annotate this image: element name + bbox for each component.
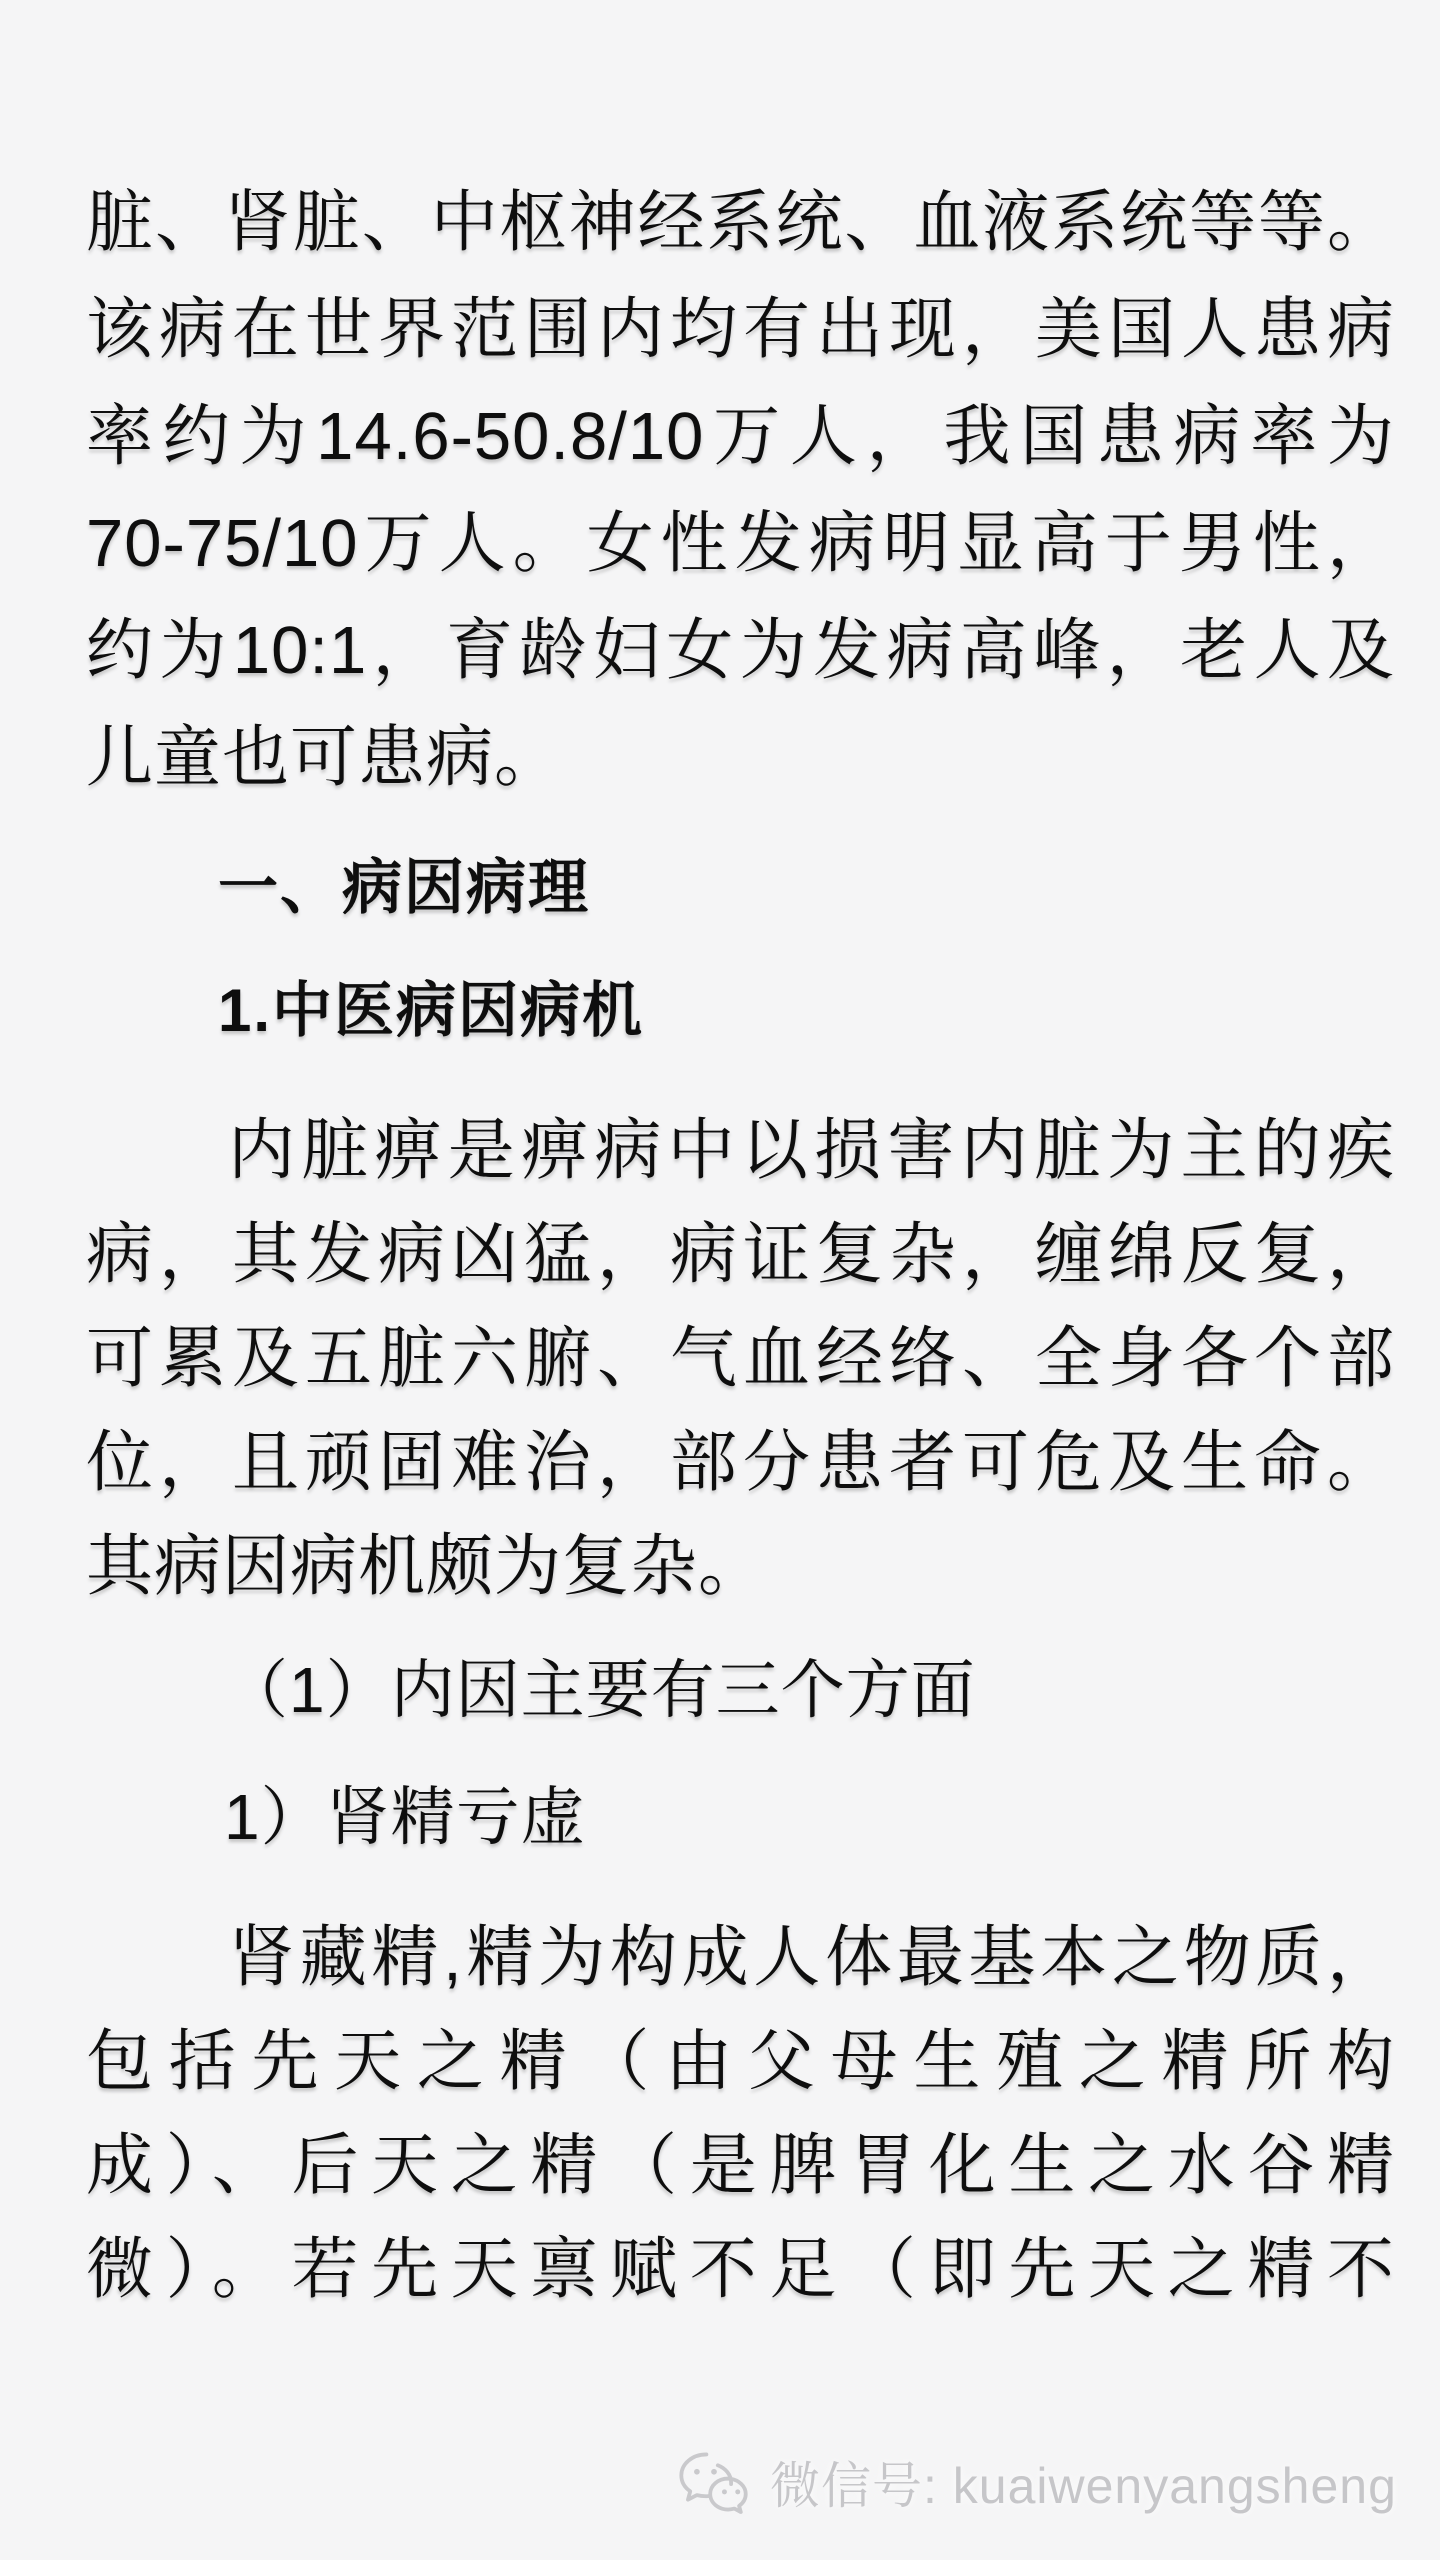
- paragraph-line: 可累及五脏六腑、气血经络、全身各个部: [86, 1307, 1395, 1411]
- sub-item-2: 1）肾精亏虚: [86, 1779, 1395, 1855]
- watermark-label: 微信号: kuaiwenyangsheng: [770, 2446, 1397, 2518]
- section-heading-secondary: 1.中医病因病机: [86, 975, 1395, 1047]
- paragraph-line: 其病因病机颇为复杂。: [86, 1515, 1395, 1619]
- section-heading-primary: 一、病因病理: [86, 852, 1395, 924]
- paragraph-line: 包括先天之精（由父母生殖之精所构: [86, 2010, 1395, 2114]
- wechat-icon: [676, 2444, 752, 2520]
- paragraph-1: 脏、肾脏、中枢神经系统、血液系统等等。 该病在世界范围内均有出现，美国人患病 率…: [86, 169, 1395, 811]
- paragraph-line: 位，且顽固难治，部分患者可危及生命。: [86, 1411, 1395, 1515]
- paragraph-line: 病，其发病凶猛，病证复杂，缠绵反复，: [86, 1203, 1395, 1307]
- paragraph-2: 内脏痹是痹病中以损害内脏为主的疾 病，其发病凶猛，病证复杂，缠绵反复， 可累及五…: [86, 1099, 1395, 1619]
- sub-item-1: （1）内因主要有三个方面: [86, 1652, 1395, 1728]
- watermark: 微信号: kuaiwenyangsheng: [676, 2436, 1397, 2528]
- paragraph-line: 70-75/10万人。女性发病明显高于男性，: [86, 490, 1395, 597]
- paragraph-line: 脏、肾脏、中枢神经系统、血液系统等等。: [86, 169, 1395, 276]
- paragraph-line: 成）、后天之精（是脾胃化生之水谷精: [86, 2114, 1395, 2218]
- paragraph-3: 肾藏精,精为构成人体最基本之物质， 包括先天之精（由父母生殖之精所构 成）、后天…: [86, 1906, 1395, 2322]
- paragraph-line: 儿童也可患病。: [86, 704, 1395, 811]
- page-background: 脏、肾脏、中枢神经系统、血液系统等等。 该病在世界范围内均有出现，美国人患病 率…: [0, 0, 1440, 2560]
- paragraph-line: 肾藏精,精为构成人体最基本之物质，: [86, 1906, 1395, 2010]
- paragraph-line: 约为10:1，育龄妇女为发病高峰，老人及: [86, 597, 1395, 704]
- paragraph-line: 该病在世界范围内均有出现，美国人患病: [86, 276, 1395, 383]
- paragraph-line: 微）。若先天禀赋不足（即先天之精不: [86, 2218, 1395, 2322]
- paragraph-line: 率约为14.6-50.8/10万人，我国患病率为: [86, 383, 1395, 490]
- paragraph-line: 内脏痹是痹病中以损害内脏为主的疾: [86, 1099, 1395, 1203]
